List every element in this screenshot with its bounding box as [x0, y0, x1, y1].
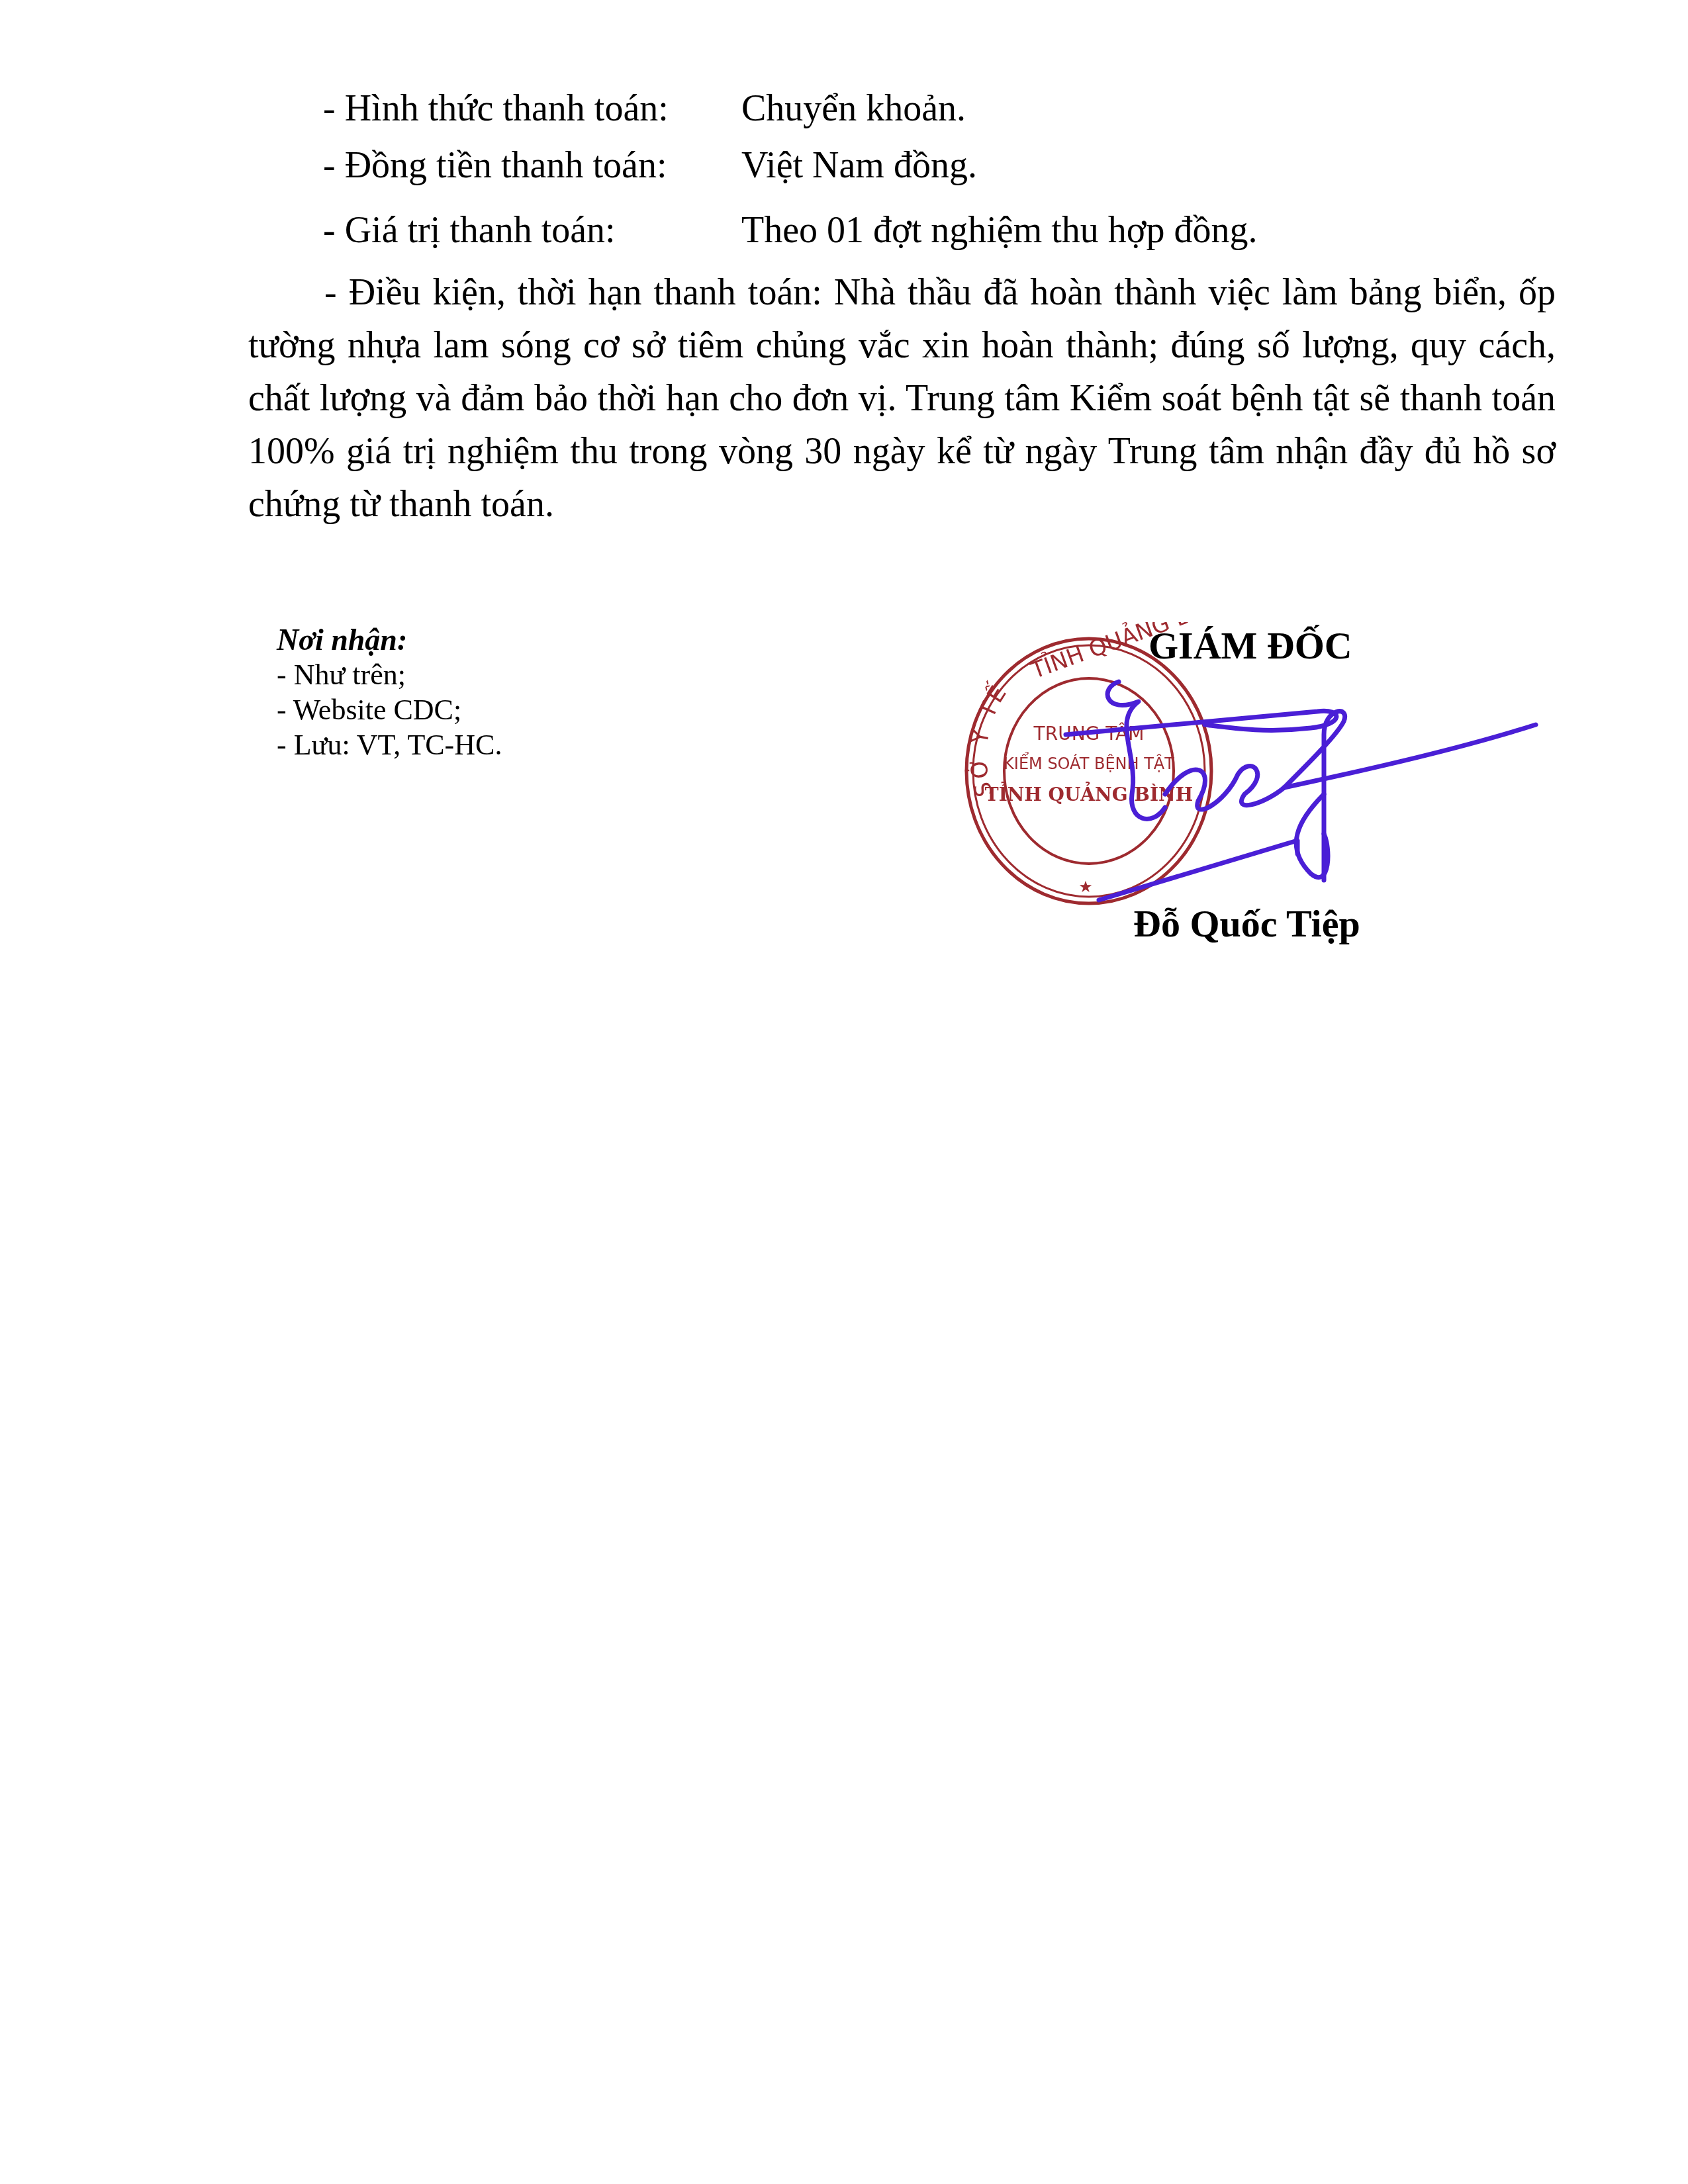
- payment-conditions-paragraph: - Điều kiện, thời hạn thanh toán: Nhà th…: [248, 266, 1556, 531]
- payment-currency-label: - Đồng tiền thanh toán:: [323, 144, 667, 187]
- payment-currency-value: Việt Nam đồng.: [741, 144, 977, 187]
- payment-method-label: - Hình thức thanh toán:: [323, 87, 669, 130]
- recipients-block: Nơi nhận: - Như trên; - Website CDC; - L…: [277, 622, 502, 762]
- recipient-item: - Như trên;: [277, 657, 502, 692]
- payment-method-value: Chuyển khoản.: [741, 87, 966, 130]
- payment-value-value: Theo 01 đợt nghiệm thu hợp đồng.: [741, 209, 1257, 251]
- recipient-item: - Website CDC;: [277, 692, 502, 727]
- recipient-item: - Lưu: VT, TC-HC.: [277, 727, 502, 762]
- signer-name: Đỗ Quốc Tiệp: [1133, 901, 1360, 946]
- handwritten-signature-icon: [1033, 662, 1575, 913]
- payment-value-label: - Giá trị thanh toán:: [323, 209, 616, 251]
- recipients-title: Nơi nhận:: [277, 622, 502, 657]
